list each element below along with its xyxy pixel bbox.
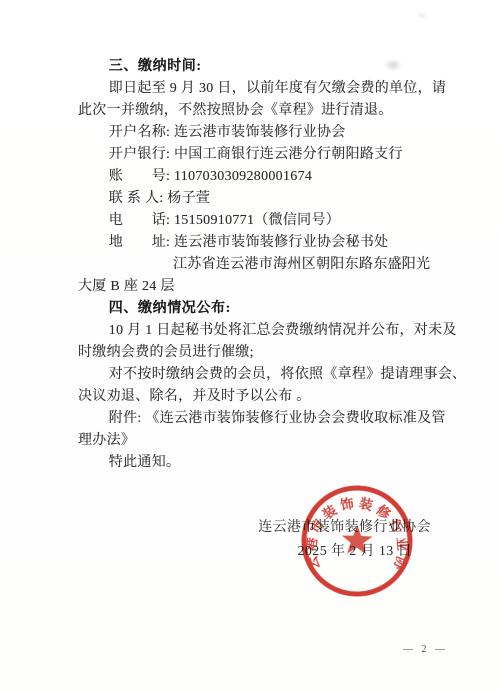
seal-star-icon: [341, 524, 372, 554]
info-bank-name: 开户银行: 中国工商银行连云港分行朝阳路支行: [78, 144, 450, 166]
para-publication-2: 时缴纳会费的会员进行催缴;: [78, 342, 450, 364]
scan-smudge: [417, 12, 427, 19]
info-address-2: 江苏省连云港市海州区朝阳东路东盛阳光: [173, 254, 450, 276]
attachment-line-1: 附件: 《连云港市装饰装修行业协会会费收取标准及管: [78, 408, 450, 430]
info-phone: 电 话: 15150910771（微信同号）: [78, 210, 450, 232]
info-account-number: 账 号: 1107030309280001674: [78, 166, 450, 188]
info-address-3: 大厦 B 座 24 层: [78, 276, 450, 298]
seal-text: 连云港市装饰装修行业协会: [293, 477, 414, 576]
heading-payment-publication: 四、缴纳情况公布:: [78, 298, 450, 320]
info-account-name: 开户名称: 连云港市装饰装修行业协会: [78, 122, 450, 144]
document-body: 三、缴纳时间: 即日起至 9 月 30 日，以前年度有欠缴会费的单位，请 此次一…: [78, 56, 450, 474]
para-payment-deadline-1: 即日起至 9 月 30 日，以前年度有欠缴会费的单位，请: [78, 78, 450, 100]
para-penalty-2: 决议劝退、除名，并及时予以公布 。: [78, 386, 450, 408]
para-penalty-1: 对不按时缴纳会费的会员，将依照《章程》提请理事会、: [78, 364, 450, 386]
info-address-1: 地 址: 连云港市装饰装修行业协会秘书处: [78, 232, 450, 254]
scanned-notice-page: 三、缴纳时间: 即日起至 9 月 30 日，以前年度有欠缴会费的单位，请 此次一…: [0, 0, 500, 690]
heading-payment-time: 三、缴纳时间:: [78, 56, 450, 78]
para-payment-deadline-2: 此次一并缴纳，不然按照协会《章程》进行清退。: [78, 100, 450, 122]
info-contact-person: 联 系 人: 杨子萱: [78, 188, 450, 210]
seal-text-curved: 连云港市装饰装修行业协会: [293, 477, 414, 576]
closing-line: 特此通知。: [78, 452, 450, 474]
official-seal: 连云港市装饰装修行业协会: [293, 477, 421, 605]
para-publication-1: 10 月 1 日起秘书处将汇总会费缴纳情况并公布，对未及: [78, 320, 450, 342]
page-number: — 2 —: [403, 644, 448, 655]
attachment-line-2: 理办法》: [78, 430, 450, 452]
